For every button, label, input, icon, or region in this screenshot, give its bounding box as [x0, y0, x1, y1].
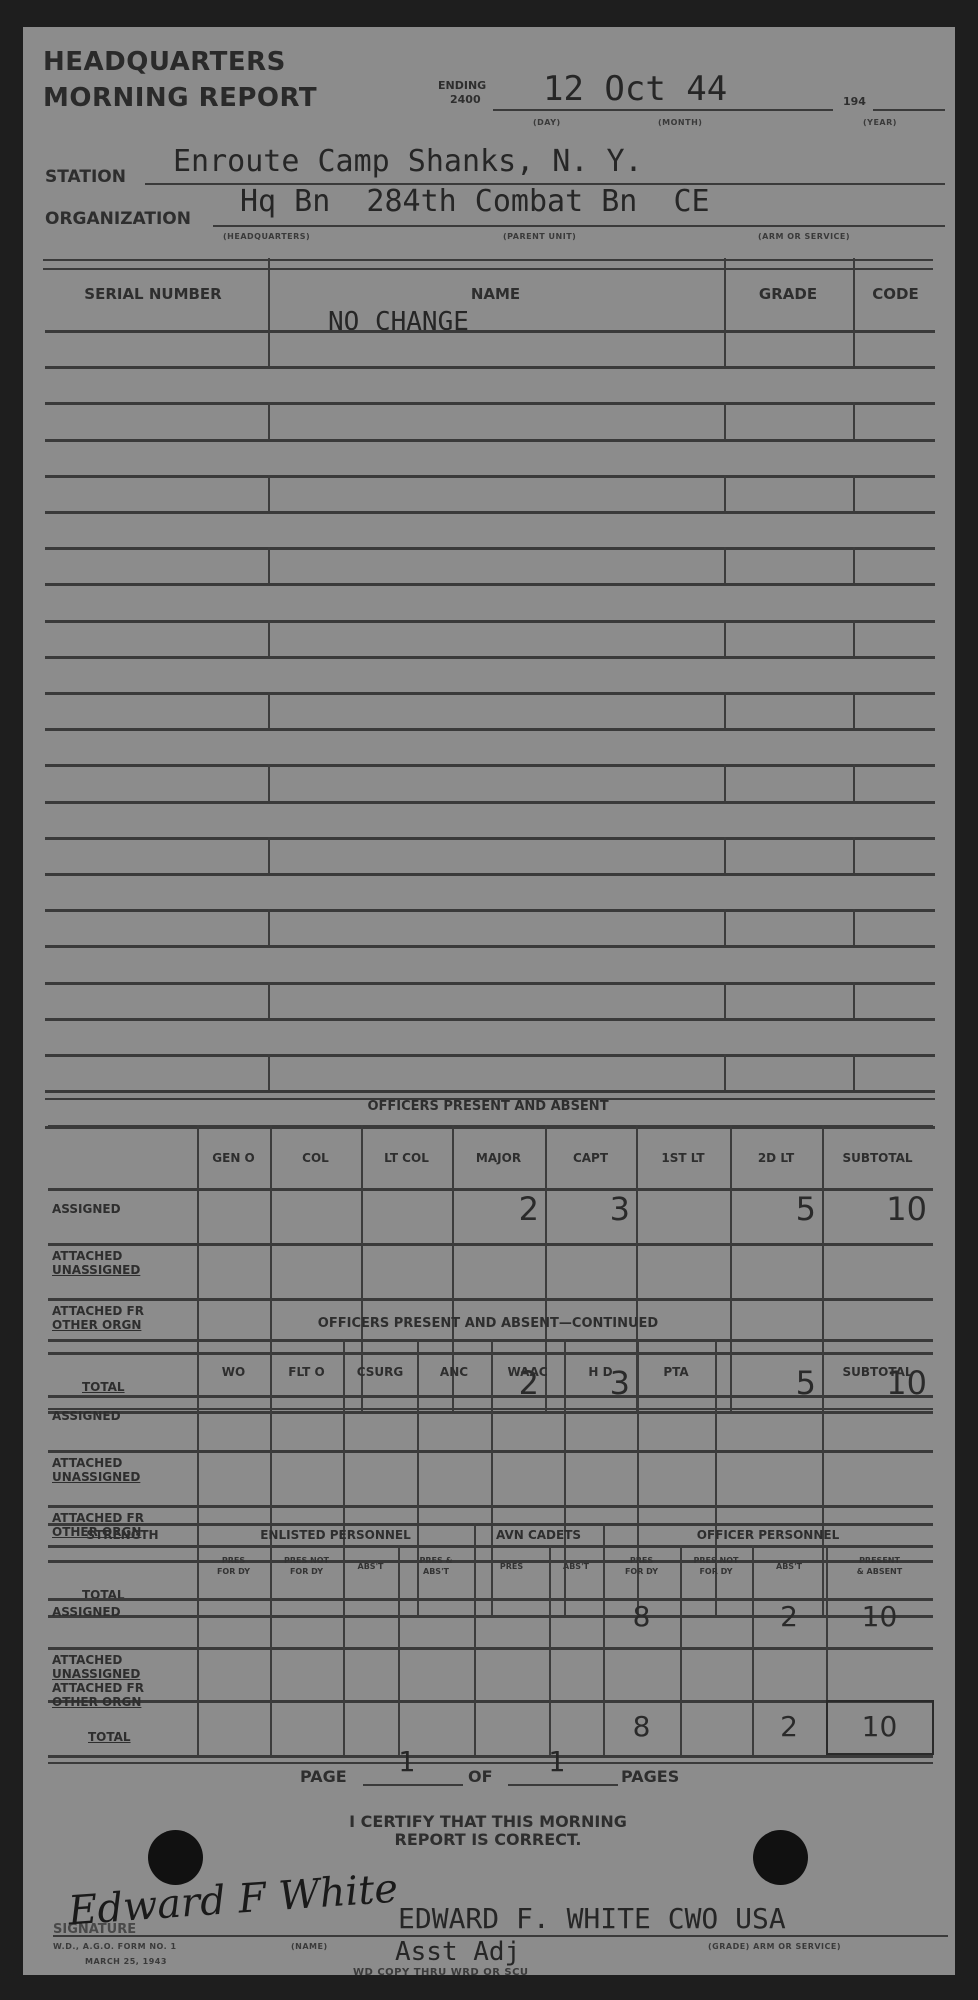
list-row-rule	[45, 583, 935, 586]
column-divider	[853, 547, 855, 583]
column-header: WO	[197, 1365, 270, 1379]
cell-value: 3	[545, 1190, 630, 1228]
column-divider	[343, 1545, 345, 1755]
subheader: ABS'T	[549, 1561, 603, 1572]
total-pages: 1	[548, 1745, 565, 1778]
cell-value: 8	[603, 1600, 680, 1633]
list-row-rule	[45, 728, 935, 731]
column-divider	[268, 547, 270, 583]
list-row-rule	[45, 439, 935, 442]
column-divider	[724, 402, 726, 438]
cell-value: 2	[452, 1190, 539, 1228]
section-rule	[45, 1091, 935, 1093]
serial-number-header: SERIAL NUMBER	[43, 285, 263, 303]
signer-typed-name: EDWARD F. WHITE CWO USA	[398, 1902, 786, 1935]
subheader-line2: ABS'T	[398, 1566, 474, 1577]
row-label: TOTAL	[88, 1730, 131, 1744]
form-number: W.D., A.G.O. FORM NO. 1	[53, 1942, 177, 1951]
form-date: MARCH 25, 1943	[85, 1957, 167, 1966]
list-row-rule	[45, 692, 935, 695]
subheader: PRESENT& ABSENT	[826, 1555, 933, 1577]
list-row-rule	[45, 764, 935, 767]
avn-group-header: AVN CADETS	[474, 1528, 603, 1542]
subheader: PRES &ABS'T	[398, 1555, 474, 1577]
table-rule	[48, 1545, 933, 1548]
column-header: ANC	[417, 1365, 491, 1379]
section-rule	[43, 268, 933, 270]
row-label-line2: UNASSIGNED	[52, 1263, 140, 1277]
column-header: H D	[564, 1365, 637, 1379]
column-divider	[724, 258, 726, 330]
parent-unit-sublabel: (PARENT UNIT)	[503, 232, 576, 241]
column-divider	[268, 402, 270, 438]
row-label-line1: ATTACHED	[52, 1653, 122, 1667]
cell-value: 2	[752, 1600, 826, 1633]
year-prefix: 194	[843, 95, 866, 108]
page-number: 1	[398, 1745, 415, 1778]
column-divider	[724, 330, 726, 366]
arm-service-sublabel: (ARM OR SERVICE)	[758, 232, 850, 241]
list-row-rule	[45, 547, 935, 550]
column-divider	[724, 1054, 726, 1090]
column-divider	[724, 692, 726, 728]
column-divider	[853, 620, 855, 656]
row-label-line2: UNASSIGNED	[52, 1667, 140, 1681]
column-divider	[853, 909, 855, 945]
list-row-rule	[45, 511, 935, 514]
column-divider	[853, 837, 855, 873]
month-sublabel: (MONTH)	[658, 118, 702, 127]
column-header: PTA	[637, 1365, 715, 1379]
cell-value: 8	[603, 1710, 680, 1743]
column-divider	[268, 258, 270, 330]
list-row-rule	[45, 366, 935, 369]
subheader: PRESFOR DY	[603, 1555, 680, 1577]
organization-value: Hq Bn 284th Combat Bn CE	[240, 184, 710, 219]
list-row-rule	[45, 801, 935, 804]
officer-group-header: OFFICER PERSONNEL	[603, 1528, 933, 1542]
column-divider	[268, 909, 270, 945]
column-divider	[853, 258, 855, 330]
column-divider	[549, 1545, 551, 1755]
column-divider	[268, 475, 270, 511]
list-row-rule	[45, 837, 935, 840]
ending-time-label: 2400	[450, 93, 481, 106]
pages-underline	[508, 1784, 618, 1786]
list-row-rule	[45, 945, 935, 948]
list-row-rule	[45, 402, 935, 405]
column-header: SUBTOTAL	[822, 1151, 933, 1165]
list-row-rule	[45, 475, 935, 478]
subheader: ABS'T	[752, 1561, 826, 1572]
column-divider	[853, 692, 855, 728]
column-header: LT COL	[361, 1151, 452, 1165]
row-label: ASSIGNED	[52, 1409, 121, 1423]
pages-label: PAGES	[621, 1767, 679, 1786]
subheader: PRES NOTFOR DY	[270, 1555, 343, 1577]
ending-label: ENDING	[438, 79, 486, 92]
certify-line1: I CERTIFY THAT THIS MORNING	[318, 1812, 658, 1831]
subheader-line2: FOR DY	[270, 1566, 343, 1577]
row-label: ASSIGNED	[52, 1202, 121, 1216]
column-divider	[853, 764, 855, 800]
day-sublabel: (DAY)	[533, 118, 561, 127]
column-divider	[268, 330, 270, 366]
subheader-line2: FOR DY	[603, 1566, 680, 1577]
subheader-line1: PRESENT	[826, 1555, 933, 1566]
certify-line2: REPORT IS CORRECT.	[318, 1830, 658, 1849]
name-sublabel: (NAME)	[291, 1942, 328, 1951]
row-label-line1: ATTACHED	[52, 1249, 122, 1263]
name-header: NAME	[268, 285, 723, 303]
subheader-line2: FOR DY	[680, 1566, 752, 1577]
year-sublabel: (YEAR)	[863, 118, 897, 127]
list-row-rule	[45, 620, 935, 623]
column-header: CSURG	[343, 1365, 417, 1379]
total-box	[826, 1700, 934, 1755]
column-divider	[564, 1339, 566, 1615]
column-header: WAAC	[491, 1365, 564, 1379]
column-divider	[268, 692, 270, 728]
column-divider	[853, 982, 855, 1018]
list-row-rule	[45, 656, 935, 659]
headquarters-sublabel: (HEADQUARTERS)	[223, 232, 310, 241]
subheader-line2: FOR DY	[197, 1566, 270, 1577]
column-divider	[268, 620, 270, 656]
station-value: Enroute Camp Shanks, N. Y.	[173, 144, 643, 179]
cell-value: 10	[822, 1190, 927, 1228]
column-header: 2D LT	[730, 1151, 822, 1165]
list-row-rule	[45, 1018, 935, 1021]
subheader-line1: PRES	[197, 1555, 270, 1566]
subheader-line2: & ABSENT	[826, 1566, 933, 1577]
column-divider	[268, 837, 270, 873]
year-underline	[873, 109, 945, 111]
station-label: STATION	[45, 167, 126, 187]
row-label-line2: OTHER ORGN	[52, 1695, 141, 1709]
binder-hole-left	[148, 1830, 203, 1885]
cell-value: 10	[826, 1600, 933, 1633]
subheader: ABS'T	[343, 1561, 398, 1572]
row-label-line1: ATTACHED	[52, 1456, 122, 1470]
subheader-line1: ABS'T	[343, 1561, 398, 1572]
list-row-rule	[45, 982, 935, 985]
subheader: PRES NOTFOR DY	[680, 1555, 752, 1577]
subheader-line1: ABS'T	[752, 1561, 826, 1572]
subheader-line1: PRES &	[398, 1555, 474, 1566]
section-rule	[43, 259, 933, 261]
binder-hole-right	[753, 1830, 808, 1885]
of-label: OF	[468, 1767, 493, 1786]
column-header: 1ST LT	[636, 1151, 730, 1165]
subheader: PRES	[474, 1561, 549, 1572]
column-divider	[724, 475, 726, 511]
list-header-rule	[45, 330, 935, 333]
date-underline	[493, 109, 833, 111]
table-rule	[48, 1700, 933, 1703]
handwritten-signature: Edward F White	[67, 1866, 400, 1935]
column-divider	[268, 982, 270, 1018]
enlisted-group-header: ENLISTED PERSONNEL	[197, 1528, 474, 1542]
column-header: CAPT	[545, 1151, 636, 1165]
column-header: COL	[270, 1151, 361, 1165]
form-title-line1: HEADQUARTERS	[43, 47, 286, 77]
column-divider	[853, 1054, 855, 1090]
column-header: MAJOR	[452, 1151, 545, 1165]
subheader-line1: ABS'T	[549, 1561, 603, 1572]
strength-label: STRENGTH	[48, 1528, 197, 1542]
page-underline	[363, 1784, 463, 1786]
column-divider	[853, 475, 855, 511]
column-divider	[724, 837, 726, 873]
report-date: 12 Oct 44	[543, 69, 727, 109]
column-header: FLT O	[270, 1365, 343, 1379]
signer-title: Asst Adj	[395, 1937, 520, 1967]
row-label-line2: UNASSIGNED	[52, 1470, 140, 1484]
column-divider	[853, 330, 855, 366]
list-row-rule	[45, 873, 935, 876]
footer-note: WD COPY THRU WRD OR SCU	[353, 1967, 529, 1978]
list-row-rule	[45, 909, 935, 912]
form-title-line2: MORNING REPORT	[43, 83, 317, 113]
column-header: GEN O	[197, 1151, 270, 1165]
column-divider	[724, 764, 726, 800]
group-divider	[474, 1523, 476, 1755]
subheader-line1: PRES	[603, 1555, 680, 1566]
grade-sublabel: (GRADE) ARM OR SERVICE)	[708, 1942, 841, 1951]
subheader: PRESFOR DY	[197, 1555, 270, 1577]
list-row-rule	[45, 1054, 935, 1057]
subheader-line1: PRES NOT	[680, 1555, 752, 1566]
column-divider	[724, 547, 726, 583]
morning-report-form: HEADQUARTERS MORNING REPORT ENDING 2400 …	[23, 27, 955, 1975]
table-rule	[48, 1647, 933, 1650]
table-rule	[48, 1125, 933, 1128]
column-divider	[268, 764, 270, 800]
code-header: CODE	[853, 285, 938, 303]
table-rule	[48, 1298, 933, 1301]
row-label: TOTAL	[82, 1380, 125, 1394]
column-divider	[724, 620, 726, 656]
cell-value: 2	[752, 1710, 826, 1743]
table-rule	[48, 1755, 933, 1758]
section-rule	[48, 1762, 933, 1764]
column-divider	[491, 1339, 493, 1615]
row-label: ASSIGNED	[52, 1605, 121, 1619]
column-divider	[268, 1054, 270, 1090]
table-rule	[48, 1243, 933, 1246]
officers-table-title: OFFICERS PRESENT AND ABSENT	[43, 1099, 933, 1114]
column-header: SUBTOTAL	[822, 1365, 933, 1379]
column-divider	[724, 982, 726, 1018]
grade-header: GRADE	[723, 285, 853, 303]
column-divider	[724, 909, 726, 945]
officers-continued-title: OFFICERS PRESENT AND ABSENT—CONTINUED	[43, 1316, 933, 1331]
subheader-line1: PRES	[474, 1561, 549, 1572]
cell-value: 5	[730, 1190, 816, 1228]
row-label-line1: ATTACHED FR	[52, 1681, 144, 1695]
organization-underline	[213, 225, 945, 227]
subheader-line1: PRES NOT	[270, 1555, 343, 1566]
column-divider	[853, 402, 855, 438]
organization-label: ORGANIZATION	[45, 209, 191, 229]
table-rule	[48, 1523, 933, 1526]
page-label: PAGE	[300, 1767, 347, 1786]
column-divider	[822, 1339, 824, 1615]
